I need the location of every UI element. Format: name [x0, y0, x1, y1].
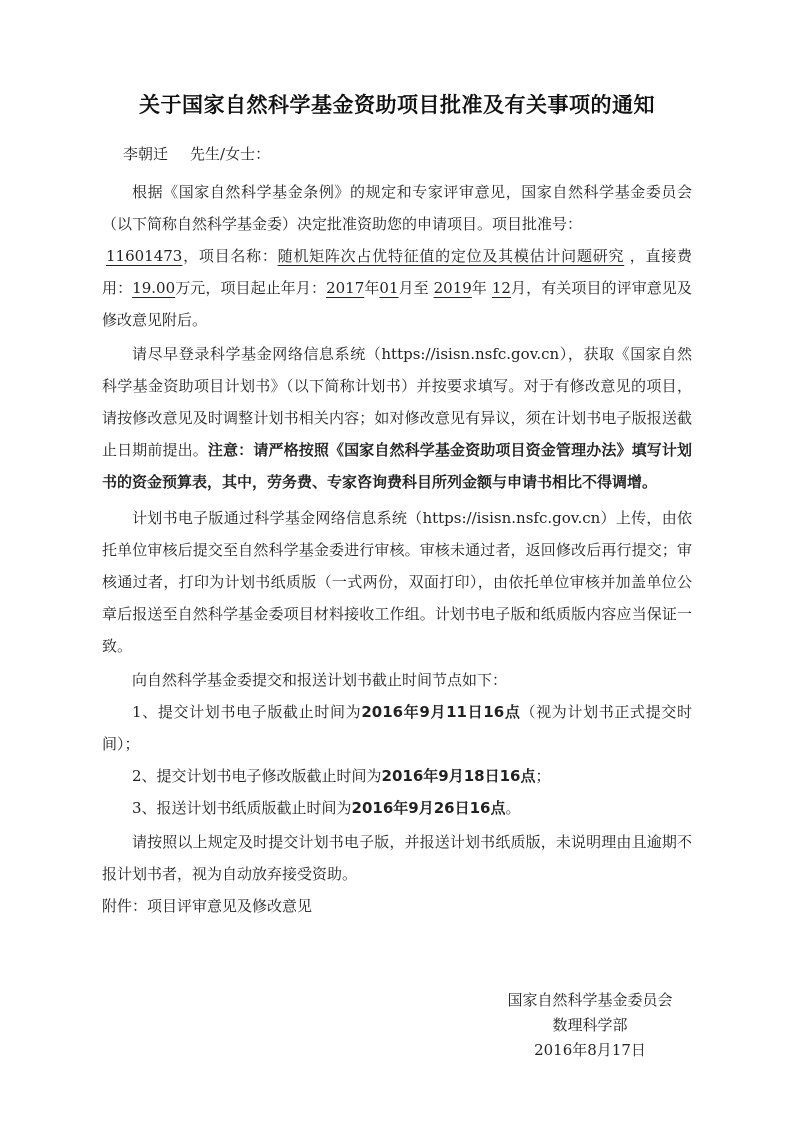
approval-number: 11601473: [106, 247, 182, 265]
deadline-3-date: 2016年9月26日16点: [352, 799, 506, 817]
deadline-item-2: 2、提交计划书电子修改版截止时间为2016年9月18日16点；: [102, 760, 692, 792]
recipient-honorific: 先生/女士：: [190, 145, 270, 163]
end-year: 2019: [434, 279, 472, 297]
deadline-1-date: 2016年9月11日16点: [361, 703, 520, 721]
year-label-2: 年: [472, 279, 492, 297]
deadline-2-label: 2、提交计划书电子修改版截止时间为: [132, 767, 382, 785]
paragraph-deadline-intro: 向自然科学基金委提交和报送计划书截止时间节点如下：: [102, 664, 692, 696]
paragraph-submission: 计划书电子版通过科学基金网络信息系统（https://isisn.nsfc.go…: [102, 502, 692, 662]
deadline-3-note: 。: [505, 799, 520, 817]
salutation: 李朝迁先生/女士：: [123, 143, 270, 164]
signature-organization: 国家自然科学基金委员会: [470, 988, 710, 1013]
recipient-name: 李朝迁: [123, 145, 168, 163]
paragraph-forfeit-warning: 请按照以上规定及时提交计划书电子版，并报送计划书纸质版，未说明理由且逾期不报计划…: [102, 826, 692, 890]
signature-date: 2016年8月17日: [470, 1038, 710, 1063]
end-month: 12: [492, 279, 511, 297]
deadline-3-label: 3、报送计划书纸质版截止时间为: [132, 799, 352, 817]
paragraph-approval: 根据《国家自然科学基金条例》的规定和专家评审意见，国家自然科学基金委员会（以下简…: [102, 176, 692, 336]
project-name: 随机矩阵次占优特征值的定位及其模估计问题研究: [278, 247, 625, 265]
direct-cost-value: 19.00: [132, 279, 175, 297]
deadline-2-note: ；: [535, 767, 550, 785]
approval-intro-text: 根据《国家自然科学基金条例》的规定和专家评审意见，国家自然科学基金委员会（以下简…: [102, 183, 692, 233]
deadline-item-3: 3、报送计划书纸质版截止时间为2016年9月26日16点。: [102, 792, 692, 824]
signature-block: 国家自然科学基金委员会 数理科学部 2016年8月17日: [470, 988, 710, 1063]
cost-unit-text: 万元，项目起止年月：: [175, 279, 326, 297]
deadline-2-date: 2016年9月18日16点: [382, 767, 536, 785]
notice-body: 根据《国家自然科学基金条例》的规定和专家评审意见，国家自然科学基金委员会（以下简…: [102, 176, 692, 922]
project-name-label: ，项目名称：: [182, 247, 277, 265]
deadline-item-1: 1、提交计划书电子版截止时间为2016年9月11日16点（视为计划书正式提交时间…: [102, 696, 692, 760]
paragraph-instructions: 请尽早登录科学基金网络信息系统（https://isisn.nsfc.gov.c…: [102, 338, 692, 498]
to-label: 月至: [399, 279, 434, 297]
document-title: 关于国家自然科学基金资助项目批准及有关事项的通知: [0, 89, 794, 119]
notice-page: 关于国家自然科学基金资助项目批准及有关事项的通知 李朝迁先生/女士： 根据《国家…: [0, 0, 794, 1123]
start-month: 01: [379, 279, 398, 297]
deadline-1-label: 1、提交计划书电子版截止时间为: [132, 703, 361, 721]
year-label: 年: [364, 279, 379, 297]
signature-department: 数理科学部: [470, 1013, 710, 1038]
start-year: 2017: [326, 279, 364, 297]
attachment-line: 附件：项目评审意见及修改意见: [102, 890, 692, 922]
